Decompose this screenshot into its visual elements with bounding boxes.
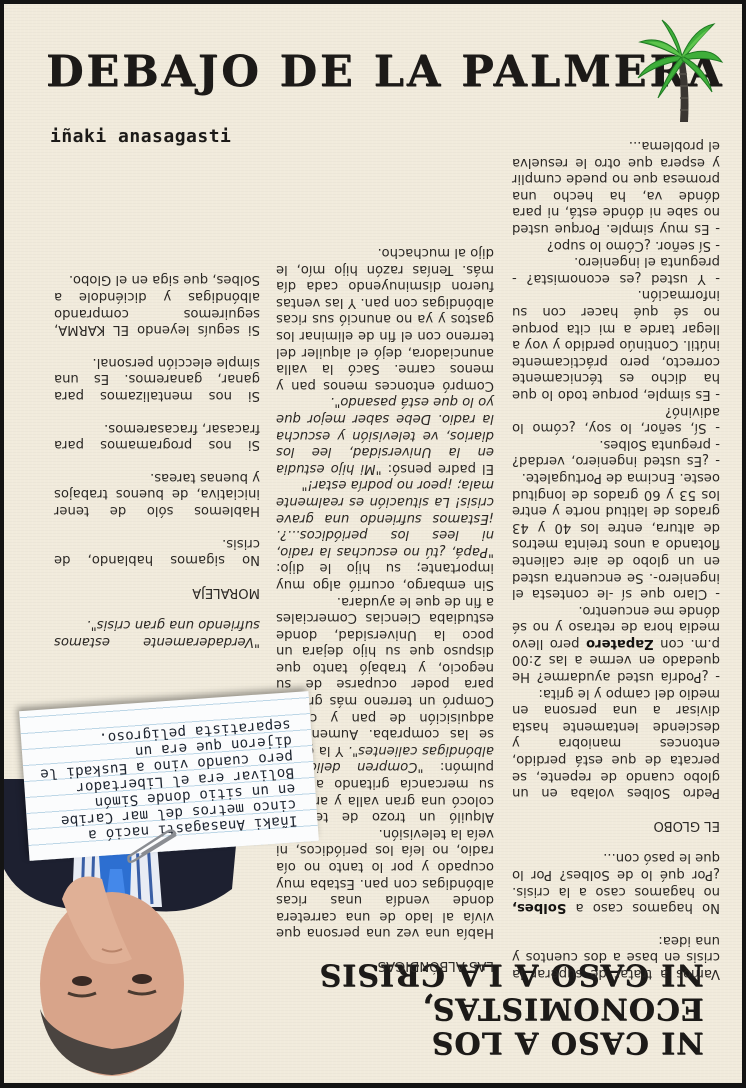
upside-down-article: NI CASO A LOS ECONOMISTAS, NI CASO A LA …: [4, 114, 742, 1079]
intro-paragraph: Vamos a tratar de superar la crisis en b…: [512, 931, 720, 981]
newspaper-page: DEBAJO DE LA PALMERA iñaki anasagasti NI…: [4, 4, 742, 1083]
article-column-1: Vamos a tratar de superar la crisis en b…: [512, 137, 720, 982]
moraleja-paragraph-3: Si nos programamos para fracasar, fracas…: [54, 419, 260, 452]
article-column-2: LAS ALBÓNDIGAS Había una vez una persona…: [276, 243, 494, 973]
moraleja-paragraph-1: No sigamos hablando, de crisis.: [54, 534, 260, 567]
globo-paragraph-2: - ¿Podría usted ayudarme? He quedado en …: [512, 601, 720, 684]
moraleja-paragraph-5: Si seguís leyendo EL KARMA, seguiremos c…: [54, 271, 260, 337]
section-title-globo: EL GLOBO: [512, 816, 720, 833]
moraleja-paragraph-4: Si nos mentalizamos para ganar, ganaremo…: [54, 353, 260, 403]
globo-paragraph-7: - Y usted ¿es economista? - pregunta el …: [512, 253, 720, 286]
albondigas-closing-quote: "Verdaderamente estamos sufriendo una gr…: [54, 616, 260, 649]
palm-tree-icon: [632, 16, 724, 124]
article-column-3: "Verdaderamente estamos sufriendo una gr…: [54, 255, 260, 649]
albondigas-paragraph-5: Compró entonces menos pan y menos carne.…: [276, 243, 494, 392]
globo-paragraph-3: - Claro que sí -le contesta el ingeniero…: [512, 468, 720, 601]
masthead-title: DEBAJO DE LA PALMERA: [46, 42, 646, 102]
albondigas-paragraph-3: Sin embargo, ocurrió algo muy importante…: [276, 476, 494, 592]
albondigas-paragraph-1: Había una vez una persona que vivía al l…: [276, 824, 494, 940]
globo-paragraph-4: - ¿Es usted ingeniero, verdad? - pregunt…: [512, 435, 720, 468]
intro-paragraph-2: No hagamos caso a Solbes, no hagamos cas…: [512, 849, 720, 915]
paperclip-icon: [121, 825, 184, 869]
globo-paragraph-5: - Sí, señor, lo soy, ¿cómo lo adivinó?: [512, 402, 720, 435]
section-title-albondigas: LAS ALBÓNDIGAS: [276, 956, 494, 973]
headline-line-1: NI CASO A LOS ECONOMISTAS,: [284, 991, 704, 1059]
globo-paragraph-8: - Sí señor. ¿Cómo lo supo?: [512, 236, 720, 253]
globo-paragraph-6: - Es simple, porque todo lo que ha dicho…: [512, 286, 720, 402]
section-title-moraleja: MORALEJA: [54, 583, 260, 600]
globo-paragraph-9: - Es muy simple. Porque usted no sabe ni…: [512, 137, 720, 237]
moraleja-paragraph-2: Hablemos sólo de tener iniciativa, de bu…: [54, 468, 260, 518]
albondigas-paragraph-4: El padre pensó: "Mi hijo estudia en la U…: [276, 393, 494, 476]
globo-paragraph-1: Pedro Solbes volaba en un globo cuando d…: [512, 684, 720, 800]
